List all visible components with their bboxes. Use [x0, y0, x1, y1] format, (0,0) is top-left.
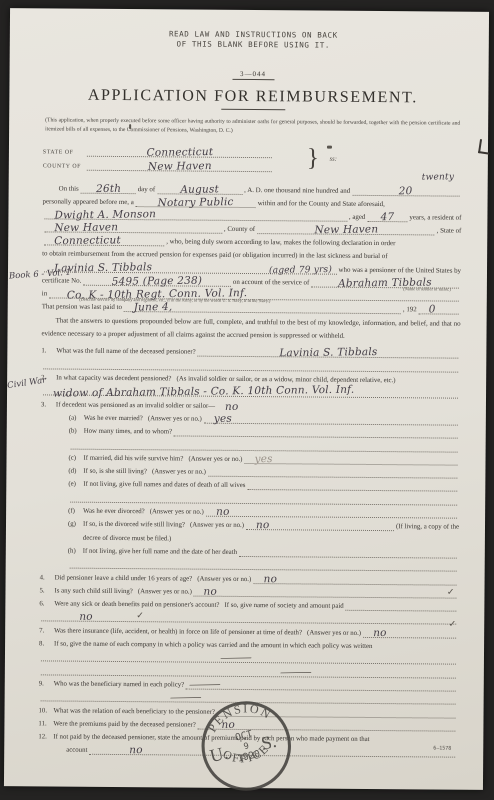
state-label: STATE OF — [43, 150, 87, 157]
question-number: 4. — [40, 574, 55, 582]
printed-text: , 192 — [403, 306, 417, 314]
question-number: 1. — [41, 348, 56, 356]
question-number: 10. — [39, 707, 54, 715]
county-field: New Haven — [87, 158, 272, 172]
truth-statement-text: That the answers to questions propounded… — [41, 318, 460, 340]
state-field: Connecticut — [87, 144, 272, 158]
declaration-line-last-paid: That pension was last paid to June 4, , … — [42, 298, 461, 314]
last-paid-handwritten: June 4, — [134, 301, 173, 314]
form-number: 3—044 — [232, 70, 274, 80]
checkmark-icon: ✓ — [449, 619, 457, 637]
question-number: (f) — [68, 508, 83, 516]
question-number: (h) — [68, 548, 83, 556]
officer-field: Notary Public — [136, 194, 256, 208]
ss-mark: ss: — [330, 156, 337, 163]
q12-answer-handwritten: no — [129, 744, 143, 756]
printed-text: , aged — [349, 214, 366, 222]
soldier-name-field: Abraham Tibbals (Name of soldier or sail… — [311, 274, 459, 288]
age-field: 47 — [367, 209, 407, 222]
form-number-wrap: 3—044 — [44, 61, 463, 82]
question-text: account — [66, 747, 87, 755]
printed-text: , County of — [224, 226, 255, 234]
printer-code: 6—1578 — [433, 745, 451, 751]
read-law-notice: READ LAW AND INSTRUCTIONS ON BACK OF THI… — [44, 28, 463, 51]
question-number: 9. — [39, 680, 54, 688]
month-field: August — [157, 181, 242, 195]
q6-trailing-line — [346, 598, 457, 612]
county-handwritten-value: New Haven — [147, 160, 211, 173]
question-number: (g) — [68, 521, 83, 529]
question-number: 3. — [41, 401, 56, 409]
stamp-year: 1920 — [236, 749, 261, 765]
residence-state-field: Connecticut — [44, 233, 164, 247]
question-number: 5. — [39, 587, 54, 595]
checkmark-icon: ✓ — [136, 612, 144, 622]
question-number: (c) — [68, 454, 83, 462]
notice-line-2: OF THIS BLANK BEFORE USING IT. — [44, 38, 463, 51]
jurat-block: STATE OF Connecticut COUNTY OF New Haven… — [43, 143, 303, 173]
question-number: (b) — [69, 428, 84, 436]
fine-print-instructions: (This application, when properly execute… — [45, 116, 460, 137]
printed-text: day of — [138, 186, 155, 194]
day-field: 26th — [81, 180, 136, 193]
declaration-block: On this 26th day of August , A. D. one t… — [42, 180, 462, 315]
printed-text: , State of — [437, 228, 462, 236]
stamp-month: OCT — [234, 729, 254, 744]
county-label: COUNTY OF — [43, 164, 87, 171]
jurat-brace: } — [307, 145, 319, 173]
q3g-answer-field: no — [246, 517, 394, 531]
last-paid-year-handwritten: 0 — [429, 304, 436, 316]
year-word-handwritten: twenty — [421, 172, 453, 182]
q3-answer-area: no — [215, 398, 275, 410]
stamp-u-letter: U. — [208, 743, 230, 767]
printed-text: That pension was last paid to — [42, 304, 122, 313]
last-paid-year-field: 0 — [419, 302, 459, 315]
scanned-form-page: READ LAW AND INSTRUCTIONS ON BACK OF THI… — [4, 8, 489, 790]
fold-mark — [478, 139, 491, 154]
certificate-number-field: 5495 (Page 238) — [83, 273, 231, 287]
page-title: APPLICATION FOR REIMBURSEMENT. — [43, 86, 462, 107]
question-number: 11. — [38, 720, 53, 728]
printed-text: On this — [59, 185, 79, 193]
title-underline — [221, 109, 285, 111]
question-number: (a) — [69, 415, 84, 423]
question-number: 12. — [38, 733, 53, 741]
question-number: 6. — [39, 601, 54, 609]
truth-statement: That the answers to questions propounded… — [41, 315, 460, 344]
question-number: 7. — [39, 627, 54, 635]
county-row: COUNTY OF New Haven — [43, 157, 303, 173]
question-number: (e) — [68, 481, 83, 489]
last-paid-field: June 4, — [124, 299, 401, 314]
civil-war-margin-note: Civil War — [7, 375, 47, 391]
question-number: 8. — [39, 640, 54, 648]
state-row: STATE OF Connecticut — [43, 143, 303, 159]
paper-speck — [327, 146, 332, 149]
printed-text: in — [42, 290, 47, 298]
q7-answer-field: no ✓ — [363, 625, 456, 639]
checkmark-icon: ✓ — [447, 587, 455, 597]
state-handwritten-value: Connecticut — [146, 146, 213, 159]
paper-speck — [129, 124, 131, 129]
question-number: (d) — [68, 468, 83, 476]
year-field: twenty 20 — [352, 182, 460, 196]
